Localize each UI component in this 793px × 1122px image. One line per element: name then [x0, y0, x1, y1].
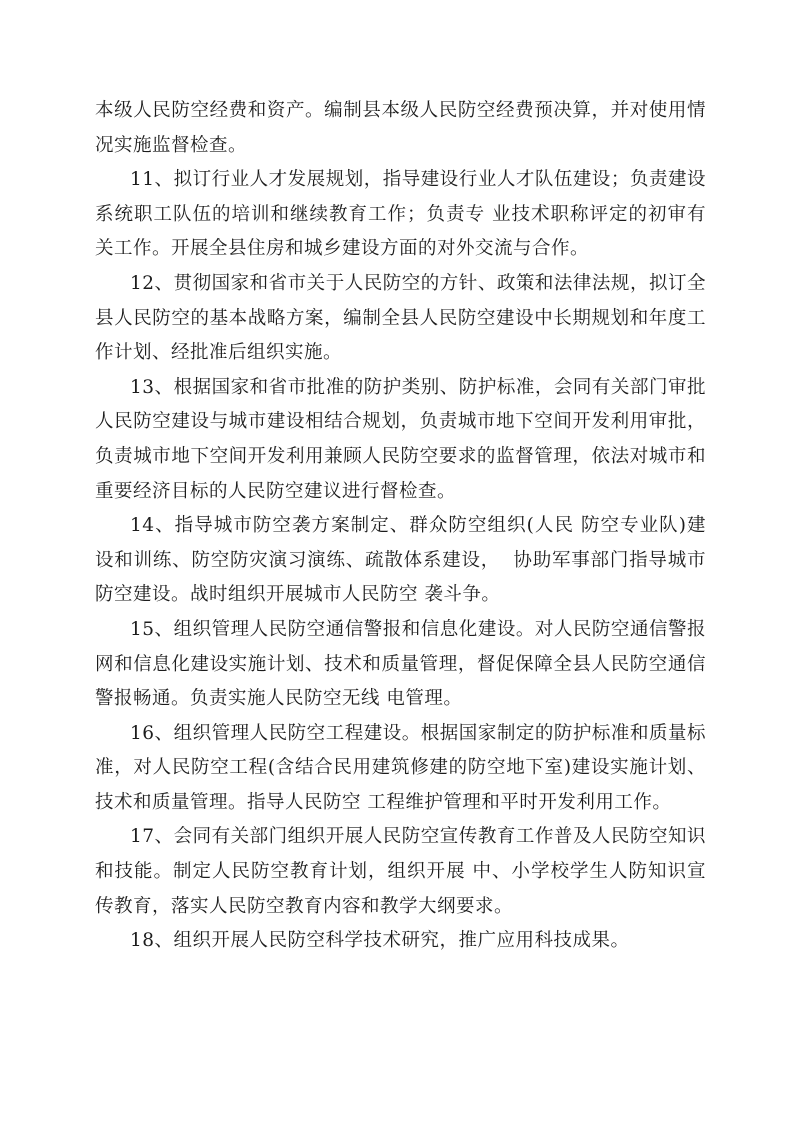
text-line: 负责城市地下空间开发利用兼顾人民防空要求的监督管理，依法对城市和 [95, 440, 706, 475]
text-line: 设和训练、防空防灾演习演练、疏散体系建设， 协助军事部门指导城市 [95, 544, 706, 579]
text-line: 18、组织开展人民防空科学技术研究，推广应用科技成果。 [95, 924, 706, 959]
document-text-block: 本级人民防空经费和资产。编制县本级人民防空经费预决算，并对使用情况实施监督检查。… [95, 94, 706, 959]
text-line: 11、拟订行业人才发展规划，指导建设行业人才队伍建设；负责建设 [95, 163, 706, 198]
text-line: 系统职工队伍的培训和继续教育工作；负责专 业技术职称评定的初审有 [95, 198, 706, 233]
text-line: 15、组织管理人民防空通信警报和信息化建设。对人民防空通信警报 [95, 613, 706, 648]
text-line: 和技能。制定人民防空教育计划，组织开展 中、小学校学生人防知识宣 [95, 855, 706, 890]
text-line: 防空建设。战时组织开展城市人民防空 袭斗争。 [95, 578, 706, 613]
text-line: 本级人民防空经费和资产。编制县本级人民防空经费预决算，并对使用情 [95, 94, 706, 129]
text-line: 况实施监督检查。 [95, 129, 706, 164]
text-line: 传教育，落实人民防空教育内容和教学大纲要求。 [95, 890, 706, 925]
text-line: 16、组织管理人民防空工程建设。根据国家制定的防护标准和质量标 [95, 717, 706, 752]
text-line: 17、会同有关部门组织开展人民防空宣传教育工作普及人民防空知识 [95, 820, 706, 855]
text-line: 12、贯彻国家和省市关于人民防空的方针、政策和法律法规，拟订全 [95, 267, 706, 302]
text-line: 13、根据国家和省市批准的防护类别、防护标准，会同有关部门审批 [95, 371, 706, 406]
text-line: 关工作。开展全县住房和城乡建设方面的对外交流与合作。 [95, 232, 706, 267]
text-line: 14、指导城市防空袭方案制定、群众防空组织(人民 防空专业队)建 [95, 509, 706, 544]
text-line: 准，对人民防空工程(含结合民用建筑修建的防空地下室)建设实施计划、 [95, 751, 706, 786]
text-line: 警报畅通。负责实施人民防空无线 电管理。 [95, 682, 706, 717]
text-line: 作计划、经批准后组织实施。 [95, 336, 706, 371]
text-line: 县人民防空的基本战略方案，编制全县人民防空建设中长期规划和年度工 [95, 302, 706, 337]
text-line: 重要经济目标的人民防空建议进行督检查。 [95, 475, 706, 510]
document-page: 本级人民防空经费和资产。编制县本级人民防空经费预决算，并对使用情况实施监督检查。… [0, 0, 793, 1122]
text-line: 技术和质量管理。指导人民防空 工程维护管理和平时开发利用工作。 [95, 786, 706, 821]
text-line: 人民防空建设与城市建设相结合规划，负责城市地下空间开发利用审批， [95, 405, 706, 440]
text-line: 网和信息化建设实施计划、技术和质量管理，督促保障全县人民防空通信 [95, 648, 706, 683]
